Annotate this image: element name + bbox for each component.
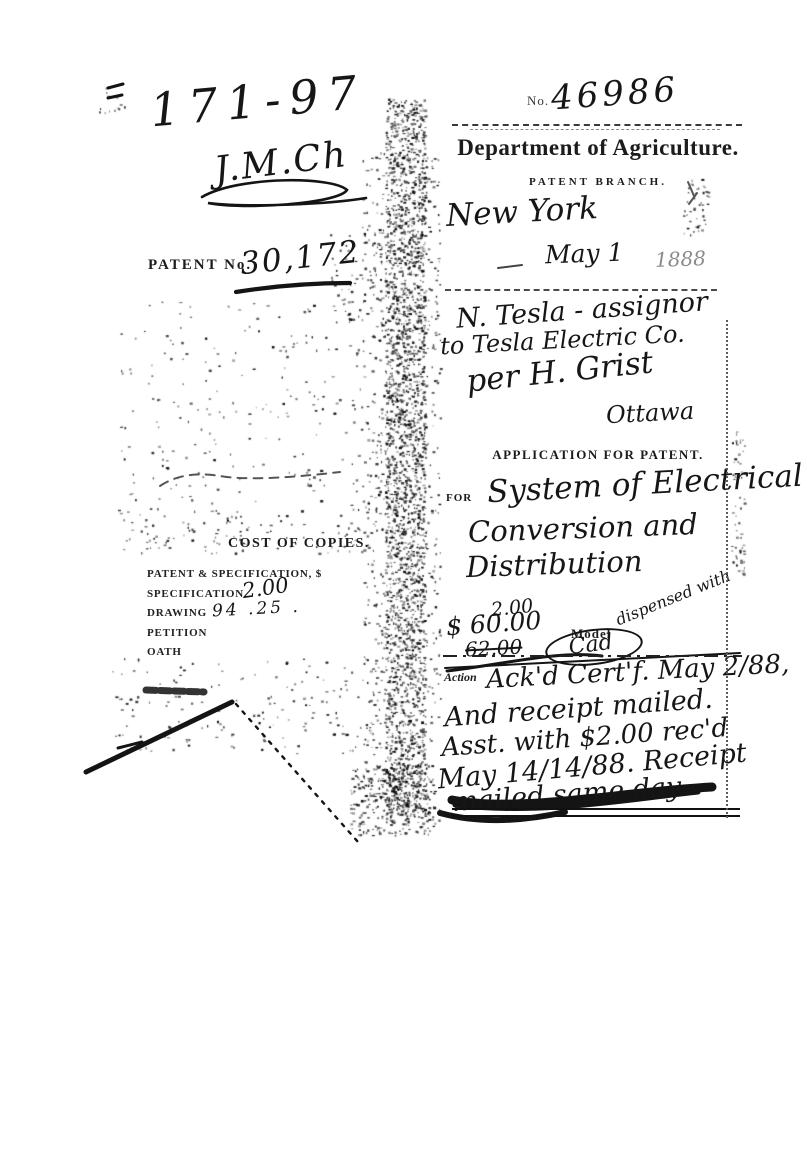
crease-line-left: [86, 702, 232, 772]
clerk-signature: J.M.Ch: [212, 134, 350, 191]
docket-tick-marks: [108, 84, 123, 98]
invention-title-line1: System of Electrical: [486, 458, 803, 510]
cost-row-patent-specification: PATENT & SPECIFICATION, $: [147, 568, 322, 588]
patent-branch-subtitle: PATENT BRANCH.: [450, 176, 746, 188]
right-dotted-border: [726, 320, 728, 818]
patent-no-label: PATENT No.: [148, 257, 252, 274]
for-label: FOR: [446, 492, 472, 504]
place-handwritten: New York: [445, 190, 599, 234]
date-day-handwritten: May 1: [545, 238, 624, 270]
department-title: Department of Agriculture.: [450, 135, 746, 161]
cost-row-oath: OATH: [147, 646, 322, 666]
cost-of-copies-title: COST OF COPIES.: [228, 536, 370, 552]
application-number-label: No.: [527, 93, 549, 109]
office-city-handwritten: Ottawa: [605, 397, 694, 430]
date-baseline-dash: [498, 265, 522, 268]
date-year-faded: 1888: [655, 246, 707, 272]
faded-scribble-line: [160, 472, 340, 486]
cost-row-petition: PETITION: [147, 627, 322, 647]
patent-no-value-handwritten: 30,172: [238, 234, 362, 282]
ink-strokes-overlay: [0, 0, 807, 1154]
action-label: Action: [444, 670, 477, 685]
application-for-patent-heading: APPLICATION FOR PATENT.: [450, 447, 746, 463]
application-number-handwritten: 46986: [550, 70, 681, 119]
invention-title-line3: Distribution: [465, 544, 643, 584]
patent-number-underline-stroke: [236, 283, 350, 292]
scanned-document-page: 171-97 J.M.Ch PATENT No. 30,172 COST OF …: [0, 0, 807, 1154]
bottom-double-rule: [452, 808, 740, 817]
invention-title-line2: Conversion and: [467, 507, 698, 549]
smudged-form-number: [146, 690, 204, 692]
scan-noise-speckle: [0, 0, 807, 1154]
docket-number-handwritten: 171-97: [148, 65, 368, 138]
header-dashed-rule-2: [470, 129, 720, 130]
crease-line-dotted: [236, 704, 358, 842]
header-dashed-rule: [452, 124, 742, 126]
small-crease-mark: [118, 742, 142, 748]
